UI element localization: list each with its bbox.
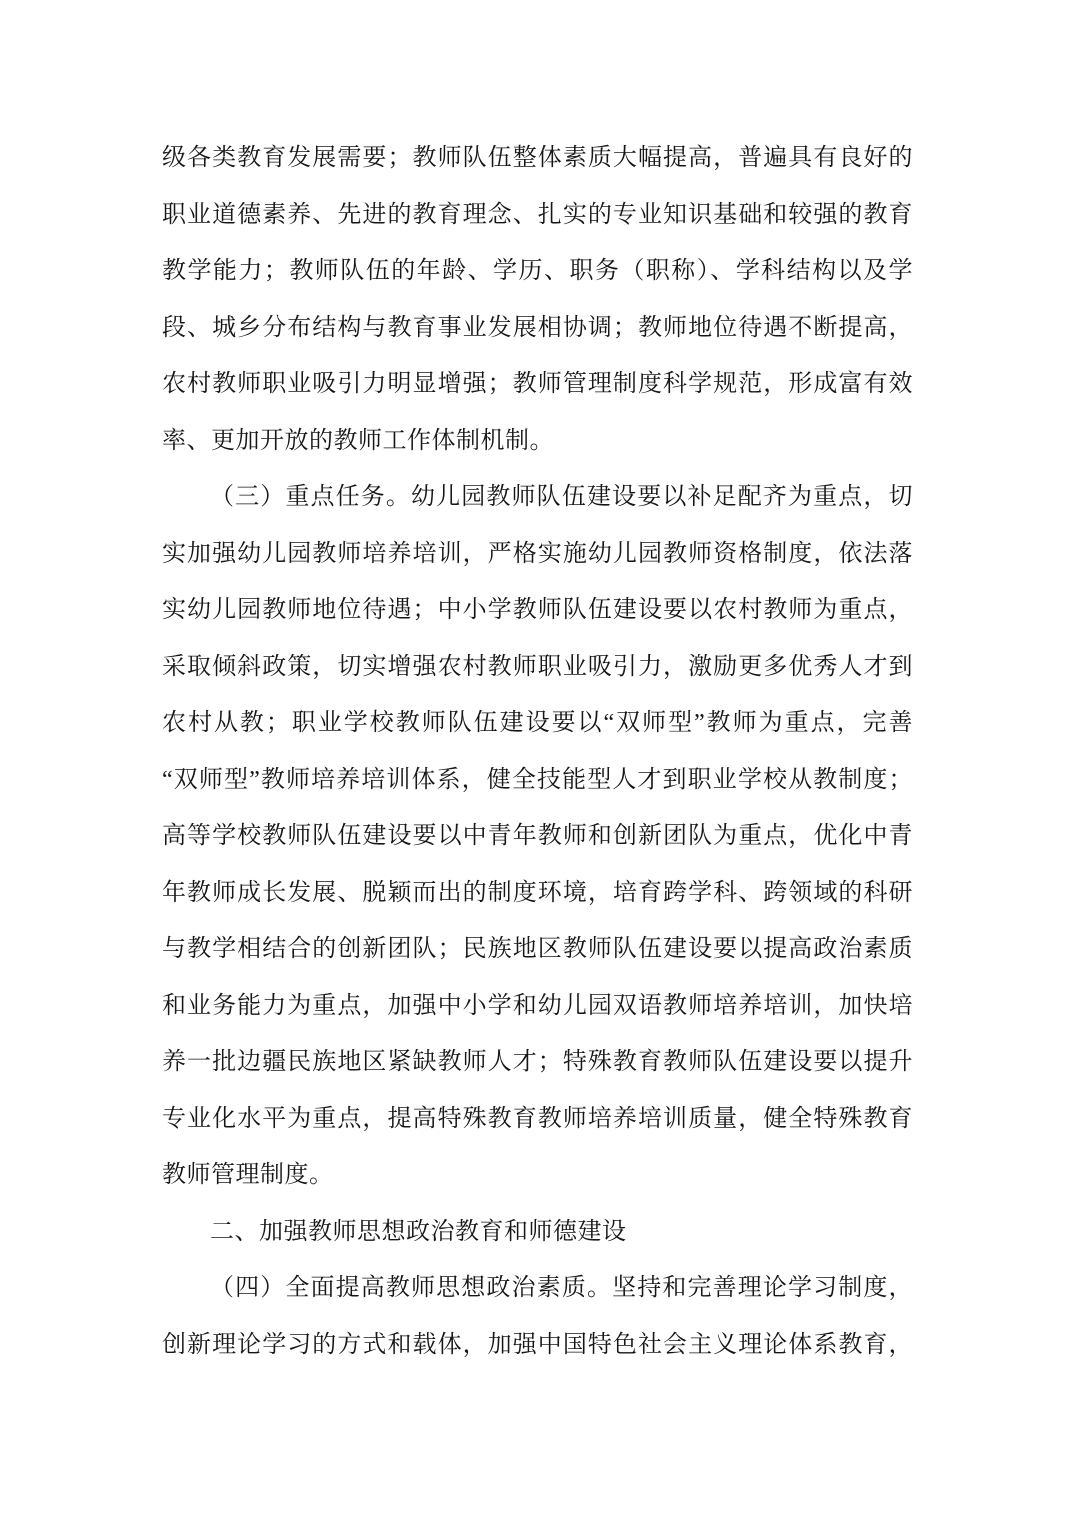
text-line: 创新理论学习的方式和载体，加强中国特色社会主义理论体系教育， (162, 1317, 913, 1374)
text-line: 高等学校教师队伍建设要以中青年教师和创新团队为重点，优化中青 (162, 808, 913, 865)
text-line: 实加强幼儿园教师培养培训，严格实施幼儿园教师资格制度，依法落 (162, 526, 913, 583)
section-heading-text: 二、加强教师思想政治教育和师德建设 (162, 1204, 913, 1261)
text-line: 教师管理制度。 (162, 1147, 913, 1204)
text-line: 级各类教育发展需要；教师队伍整体素质大幅提高，普遍具有良好的 (162, 130, 913, 187)
text-line: 养一批边疆民族地区紧缺教师人才；特殊教育教师队伍建设要以提升 (162, 1034, 913, 1091)
text-line: 专业化水平为重点，提高特殊教育教师培养培训质量，健全特殊教育 (162, 1091, 913, 1148)
text-line: 年教师成长发展、脱颖而出的制度环境，培育跨学科、跨领域的科研 (162, 865, 913, 922)
text-line: 农村教师职业吸引力明显增强；教师管理制度科学规范，形成富有效 (162, 356, 913, 413)
text-line: 农村从教；职业学校教师队伍建设要以“双师型”教师为重点，完善 (162, 695, 913, 752)
paragraph-political-quality: （四）全面提高教师思想政治素质。坚持和完善理论学习制度， 创新理论学习的方式和载… (162, 1260, 913, 1373)
text-line: “双师型”教师培养培训体系，健全技能型人才到职业学校从教制度； (162, 752, 913, 809)
text-line: （四）全面提高教师思想政治素质。坚持和完善理论学习制度， (162, 1260, 913, 1317)
text-line: 率、更加开放的教师工作体制机制。 (162, 413, 913, 470)
text-line: 职业道德素养、先进的教育理念、扎实的专业知识基础和较强的教育 (162, 187, 913, 244)
section-heading-2: 二、加强教师思想政治教育和师德建设 (162, 1204, 913, 1261)
text-line: 教学能力；教师队伍的年龄、学历、职务（职称）、学科结构以及学 (162, 243, 913, 300)
text-line: 段、城乡分布结构与教育事业发展相协调；教师地位待遇不断提高， (162, 300, 913, 357)
paragraph-overall-goals: 级各类教育发展需要；教师队伍整体素质大幅提高，普遍具有良好的 职业道德素养、先进… (162, 130, 913, 469)
paragraph-key-tasks: （三）重点任务。幼儿园教师队伍建设要以补足配齐为重点，切 实加强幼儿园教师培养培… (162, 469, 913, 1204)
text-line: 采取倾斜政策，切实增强农村教师职业吸引力，激励更多优秀人才到 (162, 639, 913, 696)
document-page: 级各类教育发展需要；教师队伍整体素质大幅提高，普遍具有良好的 职业道德素养、先进… (0, 0, 1074, 1520)
text-line: 实幼儿园教师地位待遇；中小学教师队伍建设要以农村教师为重点， (162, 582, 913, 639)
text-line: （三）重点任务。幼儿园教师队伍建设要以补足配齐为重点，切 (162, 469, 913, 526)
text-line: 与教学相结合的创新团队；民族地区教师队伍建设要以提高政治素质 (162, 921, 913, 978)
text-line: 和业务能力为重点，加强中小学和幼儿园双语教师培养培训，加快培 (162, 978, 913, 1035)
